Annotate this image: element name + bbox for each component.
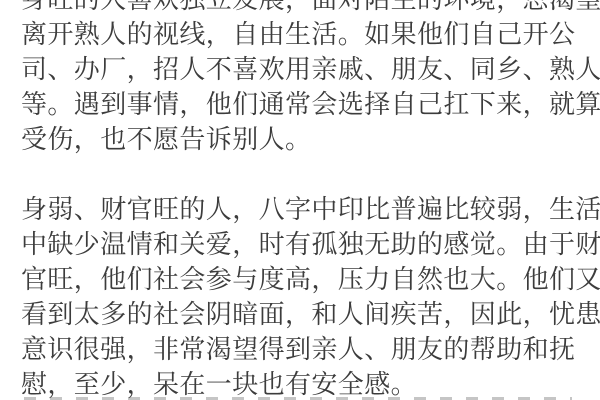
- text-line: 慰，至少，呆在一块也有安全感。: [21, 367, 579, 400]
- text-line: 离开熟人的视线，自由生活。如果他们自己开公: [21, 17, 579, 52]
- text-line: 受伤，也不愿告诉别人。: [21, 122, 579, 157]
- text-line: 身旺的人喜欢独立发展，面对陌生的环境，总渴望: [21, 0, 579, 17]
- text-line: 看到太多的社会阴暗面，和人间疾苦，因此，忧患: [21, 297, 579, 332]
- paragraph-2: 身弱、财官旺的人，八字中印比普遍比较弱，生活 中缺少温情和关爱，时有孤独无助的感…: [21, 192, 579, 400]
- text-line: 官旺，他们社会参与度高，压力自然也大。他们又: [21, 262, 579, 297]
- article-text-block: 身旺的人喜欢独立发展，面对陌生的环境，总渴望 离开熟人的视线，自由生活。如果他们…: [0, 0, 600, 400]
- text-line: 等。遇到事情，他们通常会选择自己扛下来，就算: [21, 87, 579, 122]
- article-page: 身旺的人喜欢独立发展，面对陌生的环境，总渴望 离开熟人的视线，自由生活。如果他们…: [0, 0, 600, 400]
- paragraph-1: 身旺的人喜欢独立发展，面对陌生的环境，总渴望 离开熟人的视线，自由生活。如果他们…: [21, 0, 579, 157]
- text-line: 意识很强，非常渴望得到亲人、朋友的帮助和抚: [21, 332, 579, 367]
- text-line: 身弱、财官旺的人，八字中印比普遍比较弱，生活: [21, 192, 579, 227]
- text-line: 中缺少温情和关爱，时有孤独无助的感觉。由于财: [21, 227, 579, 262]
- text-line: 司、办厂，招人不喜欢用亲戚、朋友、同乡、熟人: [21, 52, 579, 87]
